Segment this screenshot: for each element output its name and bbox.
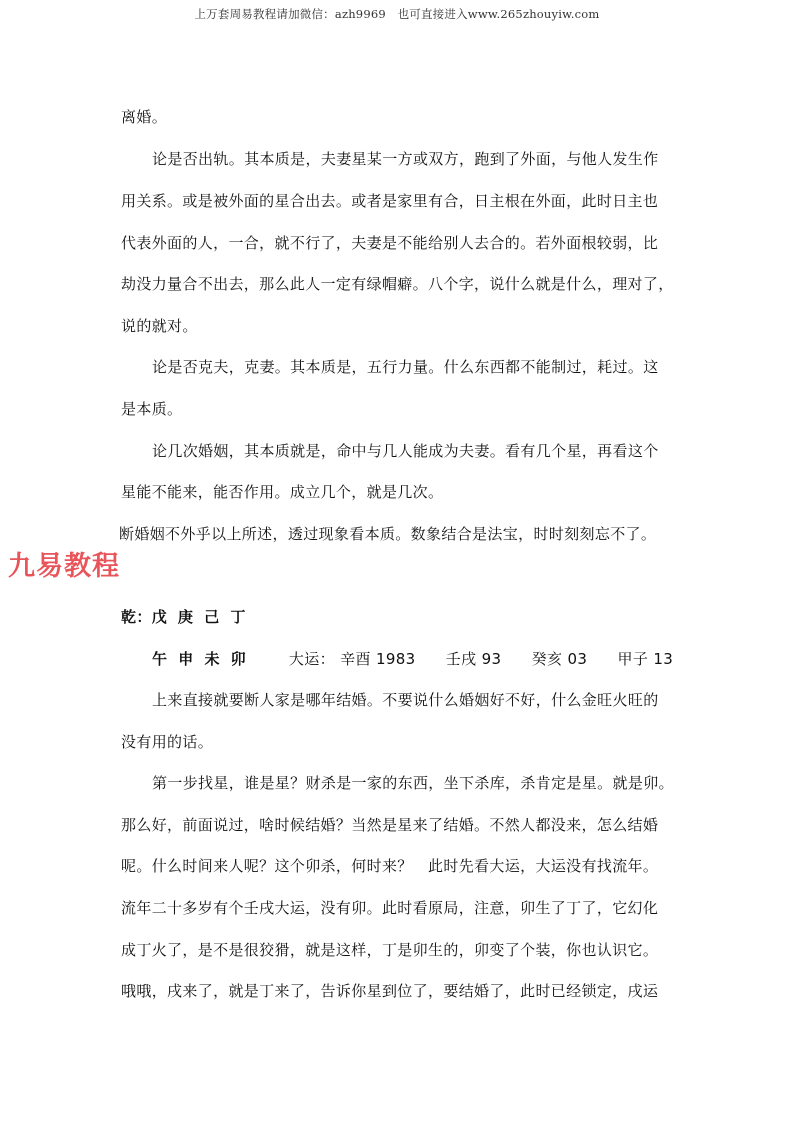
dayun-pillar: 辛酉 [340, 650, 371, 668]
dayun-year: 03 [567, 650, 587, 668]
paragraph-line: 星能不能来，能否作用。成立几个，就是几次。 [121, 482, 443, 502]
paragraph-line: 那么好，前面说过，啥时候结婚？当然是星来了结婚。不然人都没来，怎么结婚 [121, 815, 658, 835]
header-note: 上万套周易教程请加微信：azh9969 也可直接进入www.265zhouyiw… [0, 6, 794, 22]
paragraph-line: 劫没力量合不出去，那么此人一定有绿帽癖。八个字，说什么就是什么，理对了， [121, 274, 674, 294]
paragraph-line: 成丁火了，是不是很狡猾，就是这样，丁是卯生的，卯变了个装，你也认识它。 [121, 940, 658, 960]
paragraph-line: 离婚。 [121, 107, 167, 127]
paragraph-line: 呢。什么时间来人呢？这个卯杀，何时来？ 此时先看大运，大运没有找流年。 [121, 856, 658, 876]
dayun-year: 1983 [376, 650, 416, 668]
paragraph-line: 是本质。 [121, 399, 182, 419]
paragraph-line: 哦哦，戌来了，就是丁来了，告诉你星到位了，要结婚了，此时已经锁定，戌运 [121, 981, 658, 1001]
bazi-branches-row: 午 申 未 卯 大运： 辛酉 1983 壬戌 93 癸亥 03 甲子 13 [152, 649, 673, 669]
dayun-pillar: 癸亥 [532, 650, 563, 668]
paragraph-line: 论几次婚姻，其本质就是，命中与几人能成为夫妻。看有几个星，再看这个 [152, 441, 659, 461]
gender-label: 乾： [121, 608, 152, 626]
dayun-year: 93 [482, 650, 502, 668]
watermark-logo: 九易教程 [8, 544, 120, 583]
paragraph-line: 上来直接就要断人家是哪年结婚。不要说什么婚姻好不好，什么金旺火旺的 [152, 690, 659, 710]
heavenly-stems: 戊 庚 己 丁 [152, 608, 249, 626]
paragraph-line: 用关系。或是被外面的星合出去。或者是家里有合，日主根在外面，此时日主也 [121, 191, 658, 211]
paragraph-line: 论是否克夫，克妻。其本质是，五行力量。什么东西都不能制过，耗过。这 [152, 357, 659, 377]
paragraph-line: 论是否出轨。其本质是，夫妻星某一方或双方，跑到了外面，与他人发生作 [152, 149, 659, 169]
paragraph-line: 代表外面的人，一合，就不行了，夫妻是不能给别人去合的。若外面根较弱，比 [121, 233, 658, 253]
paragraph-line: 断婚姻不外乎以上所述，透过现象看本质。数象结合是法宝，时时刻刻忘不了。 [119, 524, 656, 544]
earthly-branches: 午 申 未 卯 [152, 650, 249, 668]
bazi-stems-row: 乾：戊 庚 己 丁 [121, 607, 248, 627]
paragraph-line: 说的就对。 [121, 316, 198, 336]
paragraph-line: 第一步找星，谁是星？财杀是一家的东西，坐下杀库，杀肯定是星。就是卯。 [152, 773, 674, 793]
dayun-year: 13 [653, 650, 673, 668]
dayun-pillar: 壬戌 [446, 650, 477, 668]
paragraph-line: 没有用的话。 [121, 732, 213, 752]
dayun-label: 大运： [289, 650, 335, 668]
dayun-pillar: 甲子 [618, 650, 649, 668]
paragraph-line: 流年二十多岁有个壬戌大运，没有卯。此时看原局，注意，卯生了丁了，它幻化 [121, 898, 658, 918]
